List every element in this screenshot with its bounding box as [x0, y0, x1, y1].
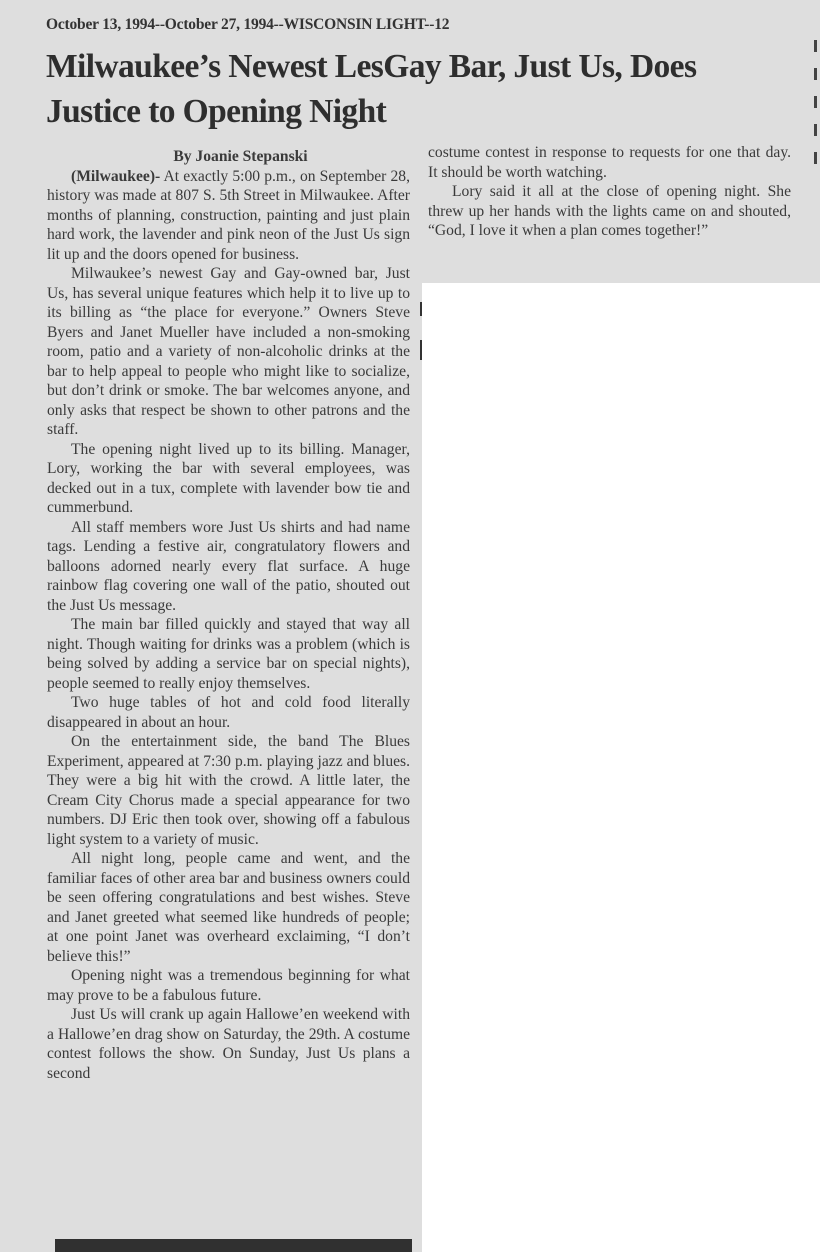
location-lead: (Milwaukee)- [71, 168, 160, 185]
article-paragraph: Milwaukee’s newest Gay and Gay-owned bar… [47, 264, 410, 440]
article-paragraph: Opening night was a tremendous beginning… [47, 966, 410, 1005]
article-paragraph: On the entertainment side, the band The … [47, 732, 410, 849]
article-paragraph: The opening night lived up to its billin… [47, 440, 410, 518]
article-paragraph: Just Us will crank up again Hallowe’en w… [47, 1005, 410, 1083]
article-paragraph: All night long, people came and went, an… [47, 849, 410, 966]
article-headline: Milwaukee’s Newest LesGay Bar, Just Us, … [46, 44, 786, 134]
page-dateline: October 13, 1994--October 27, 1994--WISC… [46, 16, 449, 34]
article-paragraph: (Milwaukee)- At exactly 5:00 p.m., on Se… [47, 167, 410, 265]
adjacent-page-edge [814, 40, 820, 180]
bottom-dark-bar [55, 1239, 412, 1252]
article-column-left: By Joanie Stepanski (Milwaukee)- At exac… [47, 147, 410, 1083]
byline: By Joanie Stepanski [47, 147, 410, 167]
article-paragraph: Two huge tables of hot and cold food lit… [47, 693, 410, 732]
newspaper-page-top-right [422, 0, 820, 283]
article-paragraph: All staff members wore Just Us shirts an… [47, 518, 410, 616]
article-paragraph: costume contest in response to requests … [428, 143, 791, 182]
article-column-right: costume contest in response to requests … [428, 143, 791, 241]
article-paragraph: Lory said it all at the close of opening… [428, 182, 791, 241]
column-rule-mark [420, 340, 422, 360]
article-paragraph: The main bar filled quickly and stayed t… [47, 615, 410, 693]
column-rule-mark [420, 302, 422, 316]
